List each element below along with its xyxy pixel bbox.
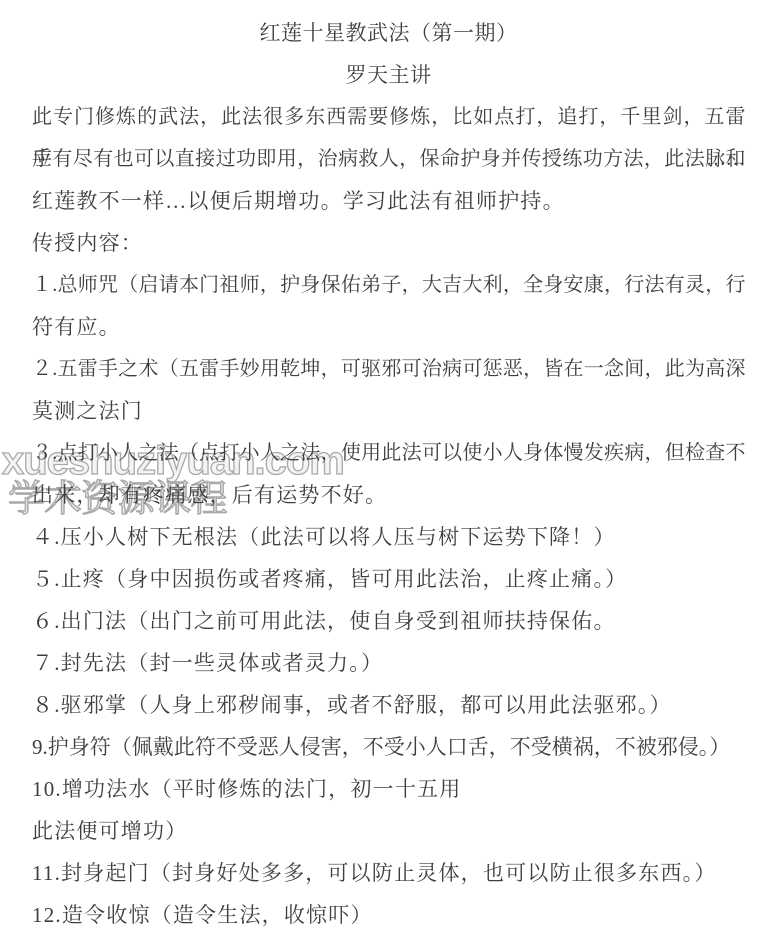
list-item-continuation: 莫测之法门 xyxy=(32,390,745,432)
doc-author: 罗天主讲 xyxy=(32,54,745,96)
intro-line: 应有尽有也可以直接过功即用，治病救人，保命护身并传授练功方法，此法脉和 xyxy=(32,138,745,180)
document-body: 红莲十星教武法（第一期） 罗天主讲 此专门修炼的武法，此法很多东西需要修炼，比如… xyxy=(0,0,777,936)
list-item: ４.压小人树下无根法（此法可以将人压与树下运势下降！） xyxy=(32,516,745,558)
list-item-continuation: 符有应。 xyxy=(32,306,745,348)
list-item: ６.出门法（出门之前可用此法，使自身受到祖师扶持保佑。 xyxy=(32,600,745,642)
list-item: ５.止疼（身中因损伤或者疼痛，皆可用此法治，止疼止痛。） xyxy=(32,558,745,600)
list-item: ７.封先法（封一些灵体或者灵力。） xyxy=(32,642,745,684)
list-item: ２.五雷手之术（五雷手妙用乾坤，可驱邪可治病可惩恶，皆在一念间，此为高深 xyxy=(32,348,745,390)
document-page: xueshuziyuan.com 学术资源课程 红莲十星教武法（第一期） 罗天主… xyxy=(0,0,777,948)
section-heading: 传授内容： xyxy=(32,222,745,264)
list-item: 10.增功法水（平时修炼的法门，初一十五用 xyxy=(32,768,745,810)
list-item-continuation: 出来，却有疼痛感，后有运势不好。 xyxy=(32,474,745,516)
list-item: ８.驱邪掌（人身上邪秽闹事，或者不舒服，都可以用此法驱邪。） xyxy=(32,684,745,726)
doc-title: 红莲十星教武法（第一期） xyxy=(32,12,745,54)
list-item: 12.造令收惊（造令生法，收惊吓） xyxy=(32,894,745,936)
list-item-continuation: 此法便可增功） xyxy=(32,810,745,852)
list-item: １.总师咒（启请本门祖师，护身保佑弟子，大吉大利，全身安康，行法有灵，行 xyxy=(32,264,745,306)
intro-line: 此专门修炼的武法，此法很多东西需要修炼，比如点打，追打，千里剑，五雷手…… xyxy=(32,96,745,138)
intro-line: 红莲教不一样…以便后期增功。学习此法有祖师护持。 xyxy=(32,180,745,222)
list-item: ３.点打小人之法（点打小人之法，使用此法可以使小人身体慢发疾病，但检查不 xyxy=(32,432,745,474)
list-item: 9.护身符（佩戴此符不受恶人侵害，不受小人口舌，不受横祸，不被邪侵。） xyxy=(32,726,745,768)
list-item: 11.封身起门（封身好处多多，可以防止灵体，也可以防止很多东西。） xyxy=(32,852,745,894)
